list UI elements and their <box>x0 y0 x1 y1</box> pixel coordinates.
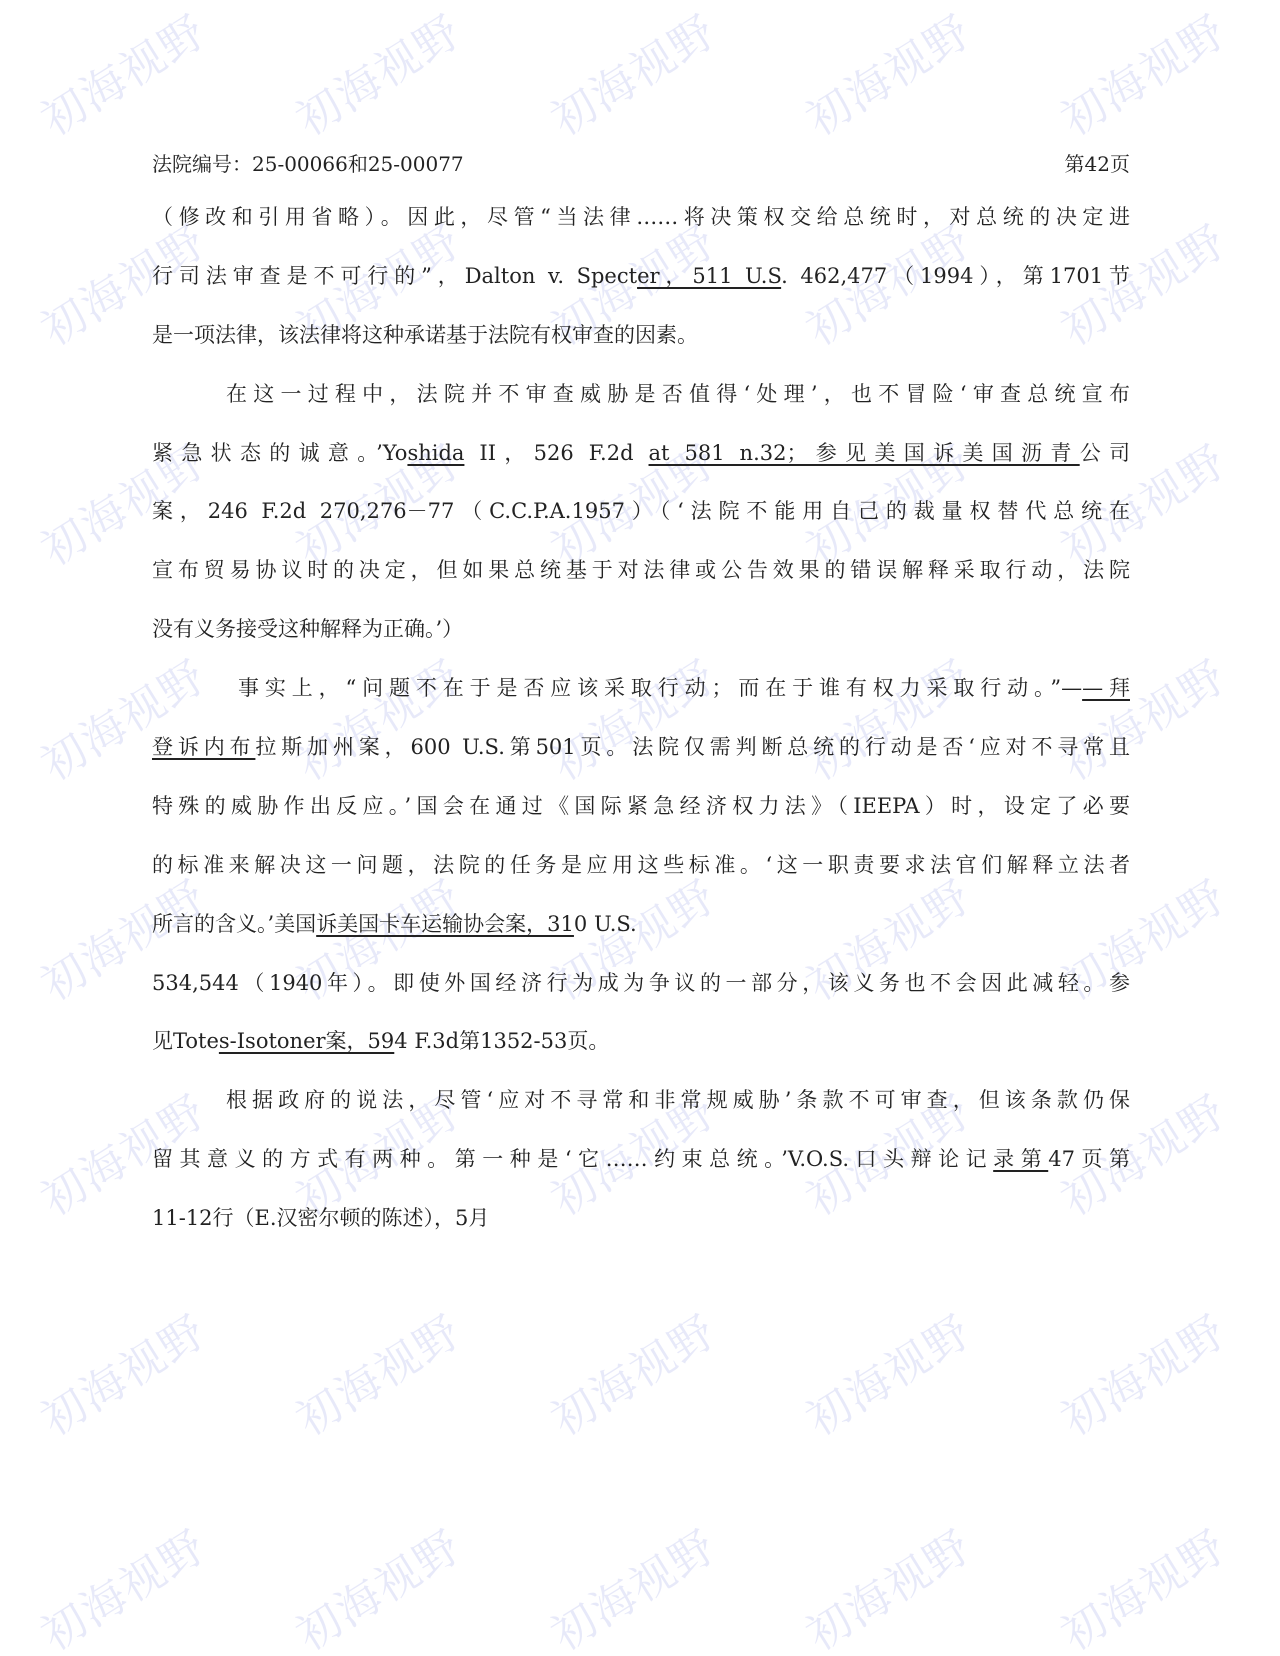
watermark-text: 初海视野 <box>792 0 982 148</box>
text-segment: 留其意义的方式有两种。第一种是‘它……约束总统。’V.O.S.口头辩论记 <box>152 1147 993 1171</box>
text-segment: 所言的含义。’美国 <box>152 912 316 936</box>
text-segment: 见Tote <box>152 1029 219 1053</box>
text-line: 紧急状态的诚意。’Yoshida II，526 F.2d at 581 n.32… <box>152 424 1130 483</box>
text-segment: 案，246 F.2d 270,276－77（C.C.P.A.1957）（‘法院不… <box>152 499 1130 523</box>
watermark-text: 初海视野 <box>27 1511 217 1656</box>
underlined-citation: 登诉内布 <box>152 735 255 759</box>
text-segment: II，526 F.2d <box>464 441 648 465</box>
text-segment: 特殊的威胁作出反应。’国会在通过《国际紧急经济权力法》（IEEPA）时，设定了必… <box>152 794 1130 818</box>
text-line: 所言的含义。’美国诉美国卡车运输协会案，310 U.S. <box>152 895 1130 954</box>
document-body: （修改和引用省略）。因此，尽管“当法律……将决策权交给总统时，对总统的决定进行司… <box>152 188 1130 1248</box>
text-segment: 47页第 <box>1048 1147 1130 1171</box>
underlined-citation: at 581 n.32；参见美国诉美国沥青 <box>649 441 1080 465</box>
text-segment: 11-12行（E.汉密尔顿的陈述），5月 <box>152 1206 489 1230</box>
text-line: 534,544（1940年）。即使外国经济行为成为争议的一部分，该义务也不会因此… <box>152 954 1130 1013</box>
text-line: 特殊的威胁作出反应。’国会在通过《国际紧急经济权力法》（IEEPA）时，设定了必… <box>152 777 1130 836</box>
text-segment: 拉斯加州案，600 U.S.第501页。法院仅需判断总统的行动是否‘应对不寻常且 <box>255 735 1130 759</box>
watermark-text: 初海视野 <box>282 1511 472 1656</box>
text-line: 的标准来解决这一问题，法院的任务是应用这些标准。‘这一职责要求法官们解释立法者 <box>152 836 1130 895</box>
watermark-text: 初海视野 <box>792 1296 982 1448</box>
text-segment: 事实上，“问题不在于是否应该采取行动；而在于谁有权力采取行动。”— <box>238 676 1082 700</box>
text-line: 见Totes-Isotoner案，594 F.3d第1352-53页。 <box>152 1012 1130 1071</box>
watermark-text: 初海视野 <box>1047 0 1237 148</box>
text-line: 宣布贸易协议时的决定，但如果总统基于对法律或公告效果的错误解释采取行动，法院 <box>152 541 1130 600</box>
text-line: 案，246 F.2d 270,276－77（C.C.P.A.1957）（‘法院不… <box>152 482 1130 541</box>
watermark-text: 初海视野 <box>537 1296 727 1448</box>
watermark-text: 初海视野 <box>27 1296 217 1448</box>
text-line: （修改和引用省略）。因此，尽管“当法律……将决策权交给总统时，对总统的决定进 <box>152 188 1130 247</box>
text-segment: （修改和引用省略）。因此，尽管“当法律……将决策权交给总统时，对总统的决定进 <box>152 205 1130 229</box>
text-segment: 在这一过程中，法院并不审查威胁是否值得‘处理’，也不冒险‘审查总统宣布 <box>226 382 1130 406</box>
text-segment: 534,544（1940年）。即使外国经济行为成为争议的一部分，该义务也不会因此… <box>152 971 1130 995</box>
watermark-text: 初海视野 <box>537 0 727 148</box>
underlined-citation: 录第 <box>993 1147 1048 1171</box>
watermark-text: 初海视野 <box>792 1511 982 1656</box>
text-line: 行司法审查是不可行的”，Dalton v. Specter，511 U.S. 4… <box>152 247 1130 306</box>
text-segment: 0 U.S. <box>574 912 637 936</box>
text-segment: 的标准来解决这一问题，法院的任务是应用这些标准。‘这一职责要求法官们解释立法者 <box>152 853 1130 877</box>
watermark-text: 初海视野 <box>1047 1296 1237 1448</box>
text-line: 事实上，“问题不在于是否应该采取行动；而在于谁有权力采取行动。”——拜 <box>152 659 1130 718</box>
underlined-citation: s-Isotoner案，59 <box>219 1029 394 1053</box>
text-segment: . 462,477（1994），第1701节 <box>781 264 1130 288</box>
underlined-citation: shida <box>407 441 464 465</box>
text-segment: 是一项法律，该法律将这种承诺基于法院有权审查的因素。 <box>152 323 698 347</box>
text-line: 是一项法律，该法律将这种承诺基于法院有权审查的因素。 <box>152 306 1130 365</box>
document-page: 法院编号：25-00066和25-00077 第42页 （修改和引用省略）。因此… <box>152 150 1130 1248</box>
text-line: 根据政府的说法，尽管‘应对不寻常和非常规威胁’条款不可审查，但该条款仍保 <box>152 1071 1130 1130</box>
watermark-text: 初海视野 <box>282 1296 472 1448</box>
underlined-citation: er，511 U.S <box>637 264 781 288</box>
watermark-text: 初海视野 <box>282 0 472 148</box>
text-segment: 4 F.3d第1352-53页。 <box>394 1029 609 1053</box>
text-segment: 紧急状态的诚意。’Yo <box>152 441 407 465</box>
text-segment: 根据政府的说法，尽管‘应对不寻常和非常规威胁’条款不可审查，但该条款仍保 <box>226 1088 1130 1112</box>
case-number: 法院编号：25-00066和25-00077 <box>152 150 464 188</box>
page-header: 法院编号：25-00066和25-00077 第42页 <box>152 150 1130 188</box>
underlined-citation: 诉美国卡车运输协会案，31 <box>316 912 574 936</box>
text-line: 11-12行（E.汉密尔顿的陈述），5月 <box>152 1189 1130 1248</box>
text-line: 没有义务接受这种解释为正确。’） <box>152 600 1130 659</box>
text-segment: 没有义务接受这种解释为正确。’） <box>152 617 463 641</box>
text-segment: 宣布贸易协议时的决定，但如果总统基于对法律或公告效果的错误解释采取行动，法院 <box>152 558 1130 582</box>
watermark-text: 初海视野 <box>27 0 217 148</box>
page-number: 第42页 <box>1065 150 1130 188</box>
text-segment: 行司法审查是不可行的”，Dalton v. Spect <box>152 264 637 288</box>
watermark-text: 初海视野 <box>1047 1511 1237 1656</box>
text-segment: 公司 <box>1080 441 1130 465</box>
text-line: 留其意义的方式有两种。第一种是‘它……约束总统。’V.O.S.口头辩论记录第47… <box>152 1130 1130 1189</box>
watermark-text: 初海视野 <box>537 1511 727 1656</box>
text-line: 在这一过程中，法院并不审查威胁是否值得‘处理’，也不冒险‘审查总统宣布 <box>152 365 1130 424</box>
text-line: 登诉内布拉斯加州案，600 U.S.第501页。法院仅需判断总统的行动是否‘应对… <box>152 718 1130 777</box>
underlined-citation: —拜 <box>1082 676 1130 700</box>
